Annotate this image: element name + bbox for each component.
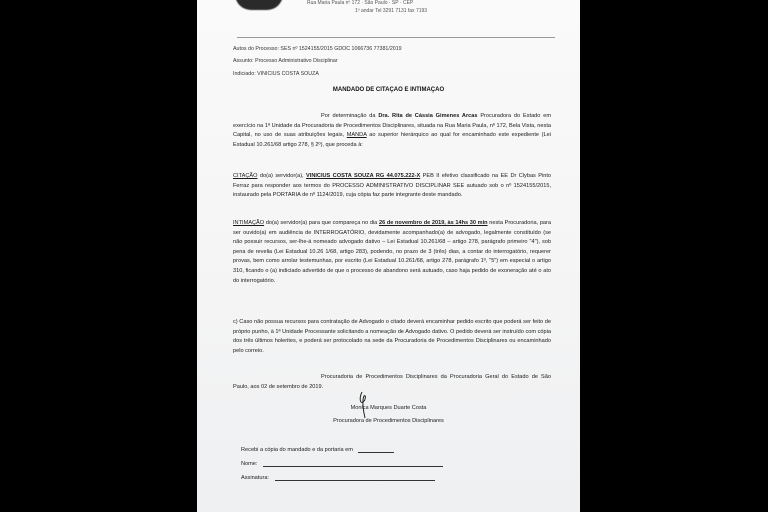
header-address: Rua Maria Paula nº 172 · São Paulo · SP … [307, 0, 413, 6]
procuradora-name: Dra. Rita de Cássia Gimenes Arcas [378, 113, 477, 119]
assunto-value: Processo Administrativo Disciplinar [255, 58, 337, 64]
hearing-date: 26 de novembro de 2019, às 14hs 30 min [379, 220, 488, 226]
p2-a: do(a) servidor(a), [257, 173, 306, 179]
citacao-label: CITAÇÃO [233, 173, 257, 179]
paragraph-intimacao: INTIMAÇÃO do(a) servidor(a) para que com… [233, 219, 551, 286]
receipt-text: Recebi a cópia do mandado e da portaria … [241, 447, 353, 453]
document-title: MANDADO DE CITAÇÃO E INTIMAÇÃO [197, 87, 580, 93]
closing-statement: Procuradoria de Procedimentos Disciplina… [233, 373, 551, 392]
autos-value: SES nº 1524155/2015 GDOC 1066736 77381/2… [280, 46, 401, 52]
receipt-date-field[interactable] [358, 446, 394, 453]
header-divider [237, 37, 555, 38]
paragraph-determination: Por determinação da Dra. Rita de Cássia … [233, 112, 551, 150]
autos-line: Autos do Processo: SES nº 1524155/2015 G… [233, 46, 402, 52]
intimacao-label: INTIMAÇÃO [233, 220, 264, 226]
coat-of-arms-logo [235, 0, 283, 10]
signatory-role: Procuradora de Procedimentos Disciplinar… [197, 418, 580, 424]
indiciado-label: Indiciado: [233, 71, 256, 77]
name-label: Nome: [241, 461, 257, 467]
assunto-line: Assunto: Processo Administrativo Discipl… [233, 58, 338, 64]
indiciado-line: Indiciado: VINICIUS COSTA SOUZA [233, 71, 319, 77]
paragraph-citacao: CITAÇÃO do(a) servidor(a), VINICIUS COST… [233, 172, 551, 201]
manda-word: MANDA [347, 132, 367, 138]
signature-field[interactable] [275, 474, 435, 481]
servidor-name: VINICIUS COSTA SOUZA RG 44.075.222-X [306, 173, 420, 179]
receipt-line: Recebi a cópia do mandado e da portaria … [241, 446, 394, 453]
paragraph-advogado: c) Caso não possua recursos para contrat… [233, 318, 551, 356]
receipt-name-line: Nome: [241, 460, 443, 467]
signature-label: Assinatura: [241, 475, 269, 481]
indiciado-value: VINICIUS COSTA SOUZA [257, 71, 319, 77]
assunto-label: Assunto: [233, 58, 254, 64]
p3-a: do(a) servidor(a) para que compareça no … [264, 220, 379, 226]
receipt-signature-line: Assinatura: [241, 474, 435, 481]
autos-label: Autos do Processo: [233, 46, 279, 52]
p1-prefix: Por determinação da [321, 113, 378, 119]
header-phone: 1º andar Tel 3291 7131 fax 7193 [355, 8, 427, 14]
signatory-name: Monica Marques Duarte Costa [197, 405, 580, 411]
p3-body: nesta Procuradoria, para ser ouvido(a) e… [233, 220, 551, 284]
document-page: Rua Maria Paula nº 172 · São Paulo · SP … [197, 0, 580, 512]
name-field[interactable] [263, 460, 443, 467]
